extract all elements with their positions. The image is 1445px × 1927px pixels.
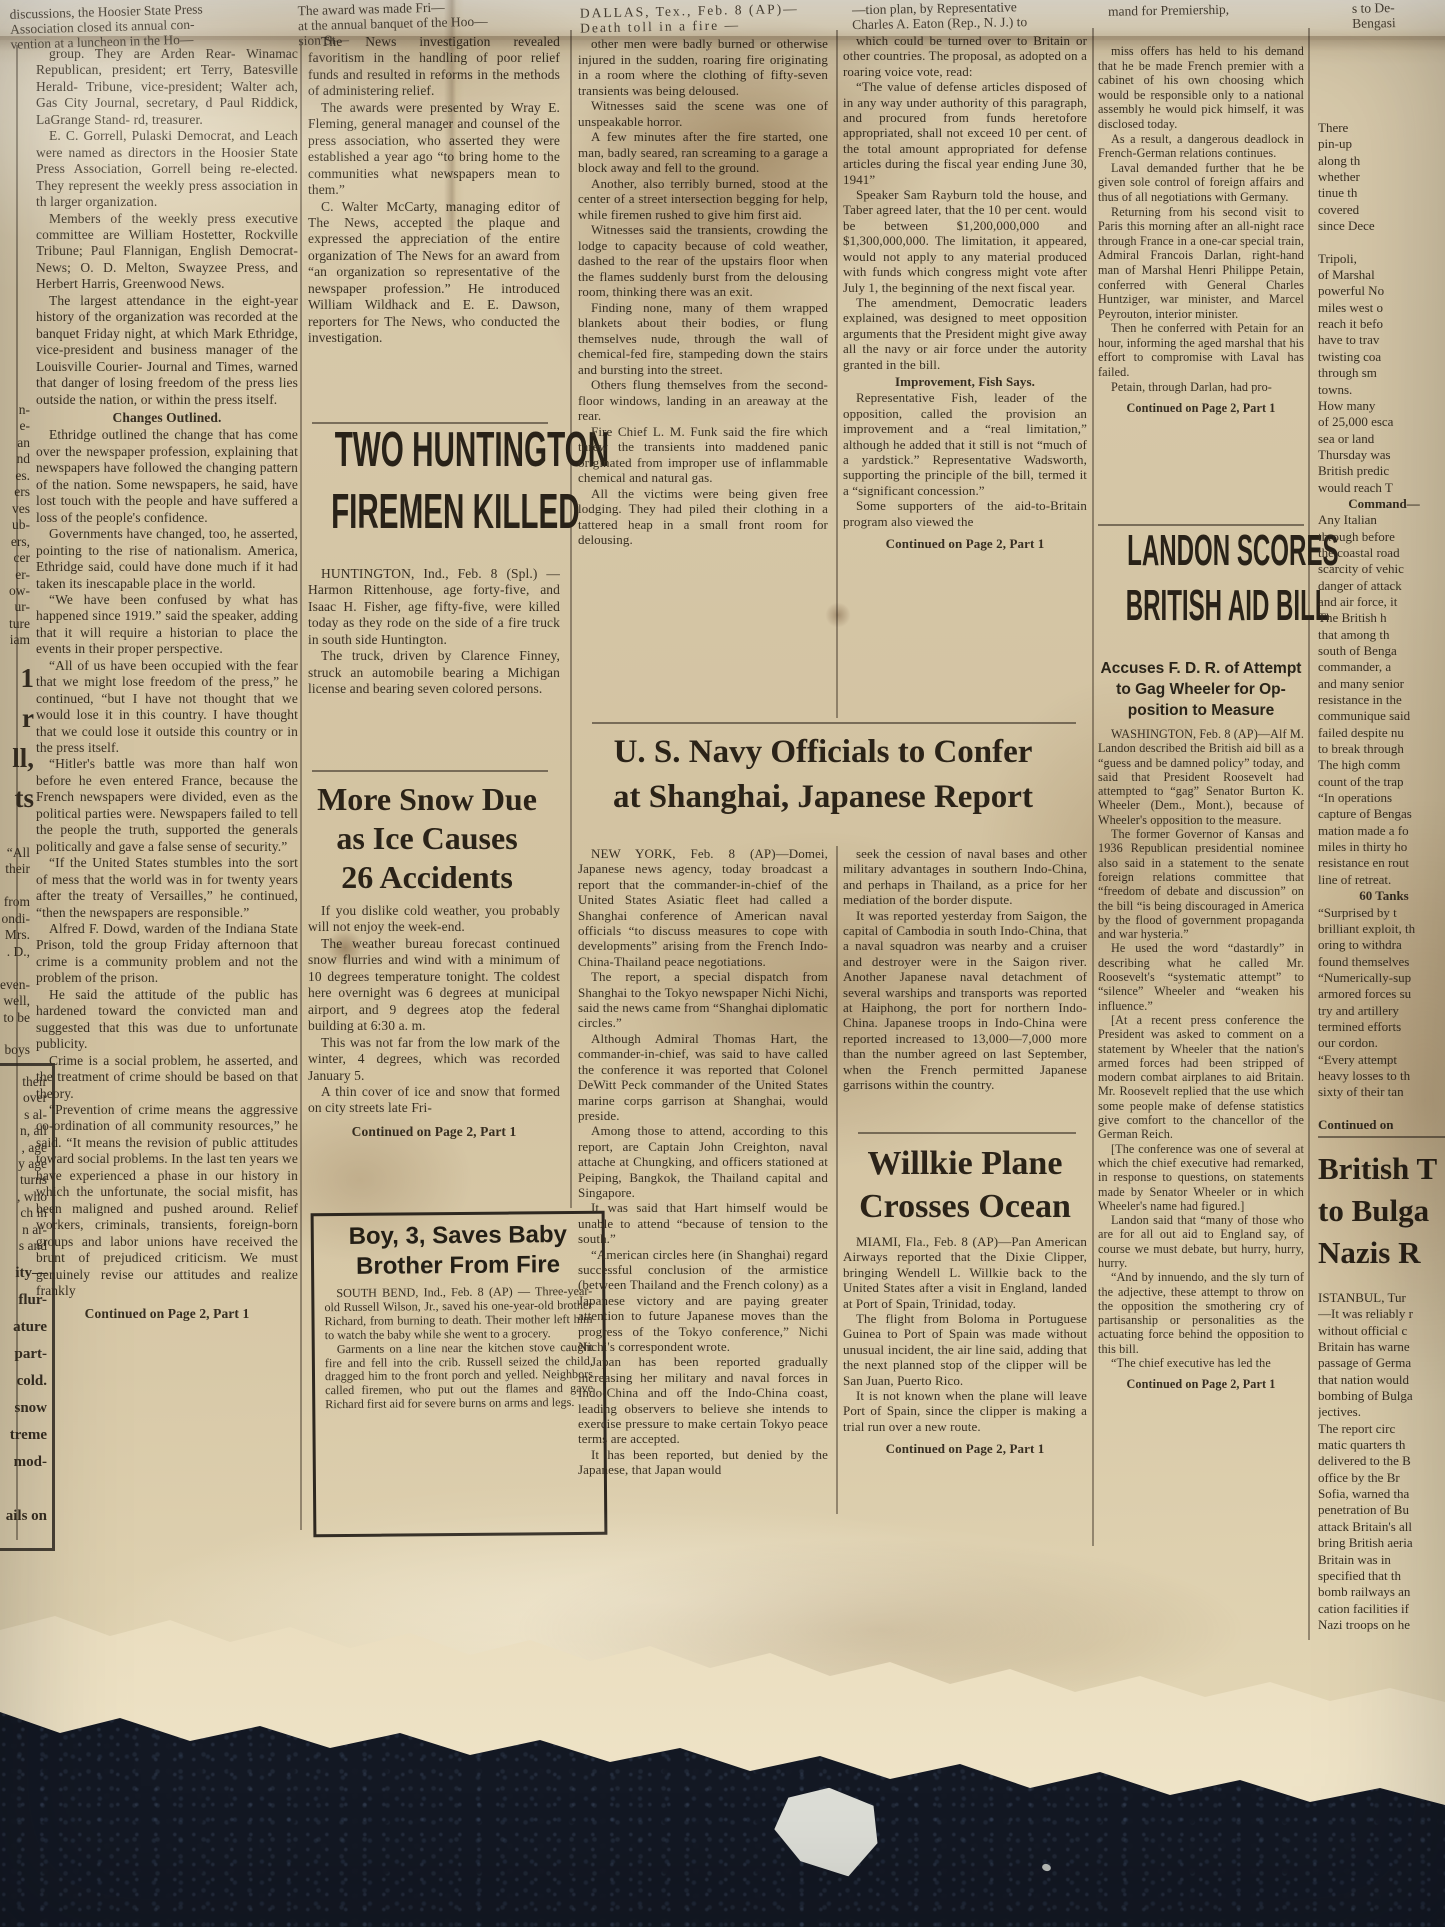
headline-line: as Ice Causes xyxy=(298,819,556,858)
paper-crease xyxy=(444,0,464,230)
headline-british-bulgaria: British Tto BulgaNazis R xyxy=(1318,1148,1445,1274)
right-edge-war-fragments: Therepin-upalong thwhethertinue thcovere… xyxy=(1318,120,1445,1133)
boy-article-body: SOUTH BEND, Ind., Feb. 8 (AP) — Three-ye… xyxy=(324,1285,593,1412)
column-more-snow: If you dislike cold weather, you probabl… xyxy=(308,903,560,1209)
divider xyxy=(592,722,1076,724)
paper-speck xyxy=(1041,1863,1052,1873)
headline-willkie-plane: Willkie Plane Crosses Ocean xyxy=(843,1142,1087,1228)
headline-line: Crosses Ocean xyxy=(843,1185,1087,1228)
column-navy-article-left: NEW YORK, Feb. 8 (AP)—Domei, Japanese ne… xyxy=(578,846,828,1514)
column-navy-article-right: seek the cession of naval bases and othe… xyxy=(843,846,1087,1130)
column-rule xyxy=(1308,28,1310,1640)
boxed-article-boy-saves-baby: Boy, 3, Saves BabyBrother From Fire SOUT… xyxy=(311,1211,608,1538)
column-landon-body: WASHINGTON, Feb. 8 (AP)—Alf M. Landon de… xyxy=(1098,727,1304,1545)
headline-more-snow: More Snow Due as Ice Causes 26 Accidents xyxy=(298,780,556,897)
torn-paper-scrap xyxy=(768,1780,885,1881)
fold-fragment-dallas-dateline: DALLAS, Tex., Feb. 8 (AP)—Death toll in … xyxy=(580,0,826,35)
column-willkie: MIAMI, Fla., Feb. 8 (AP)—Pan American Ai… xyxy=(843,1234,1087,1534)
divider xyxy=(1318,1136,1445,1138)
fold-fragment-eaton: —tion plan, by RepresentativeCharles A. … xyxy=(852,0,1102,32)
divider xyxy=(858,1132,1076,1134)
headline-landon-scores: LANDON SCORES BRITISH AID BILL xyxy=(1088,534,1312,644)
headline-line: at Shanghai, Japanese Report xyxy=(572,775,1074,820)
column-rule xyxy=(570,30,572,1208)
fold-fragment-far-right: s to De-Bengasi xyxy=(1352,0,1445,31)
headline-line: FIREMEN KILLED xyxy=(331,488,580,537)
column-rule xyxy=(1092,28,1094,1546)
column-rule xyxy=(836,846,838,1514)
headline-line: LANDON SCORES xyxy=(1127,528,1338,572)
headline-us-navy-confer: U. S. Navy Officials to Confer at Shangh… xyxy=(572,730,1074,820)
left-edge-fragments: “Alltheir fromondi-Mrs.. D., even-well,t… xyxy=(0,845,30,1059)
carpet-background: discussions, the Hoosier State PressAsso… xyxy=(0,0,1445,1927)
column-news-investigation: The News investigation revealed favoriti… xyxy=(308,34,560,414)
headline-line: 26 Accidents xyxy=(298,858,556,897)
column-huntington-firemen: HUNTINGTON, Ind., Feb. 8 (Spl.) —Harmon … xyxy=(308,566,560,764)
column-laval-petain: miss offers has held to his demand that … xyxy=(1098,44,1304,520)
headline-boy-saves-baby: Boy, 3, Saves BabyBrother From Fire xyxy=(324,1220,593,1282)
left-edge-headline-fragments: 1rll,ts xyxy=(0,658,34,818)
left-edge-fragments: n-e-anndes.ersvesub-ers,cerer-ow-ur-ture… xyxy=(0,402,30,649)
headline-line: U. S. Navy Officials to Confer xyxy=(572,730,1074,775)
right-edge-istanbul-fragments: ISTANBUL, Tur—It was reliably rwithout o… xyxy=(1318,1290,1445,1633)
subhead-accuses-fdr: Accuses F. D. R. of Attemptto Gag Wheele… xyxy=(1094,658,1308,721)
column-rule xyxy=(836,30,838,718)
headline-line: More Snow Due xyxy=(298,780,556,819)
headline-line: TWO HUNTINGTON xyxy=(335,426,609,475)
column-lend-lease: which could be turned over to Britain or… xyxy=(843,33,1087,687)
column-press-association: group. They are Arden Rear- Winamac Repu… xyxy=(36,46,298,1542)
headline-line: Willkie Plane xyxy=(843,1142,1087,1185)
fold-shadow xyxy=(0,36,1445,64)
headline-line: BRITISH AID BILL xyxy=(1126,583,1330,627)
newspaper-page: discussions, the Hoosier State PressAsso… xyxy=(0,0,1445,1710)
divider xyxy=(312,770,548,772)
column-dallas-fire: other men were badly burned or otherwise… xyxy=(578,36,828,714)
headline-two-huntington: TWO HUNTINGTON FIREMEN KILLED xyxy=(296,432,560,556)
